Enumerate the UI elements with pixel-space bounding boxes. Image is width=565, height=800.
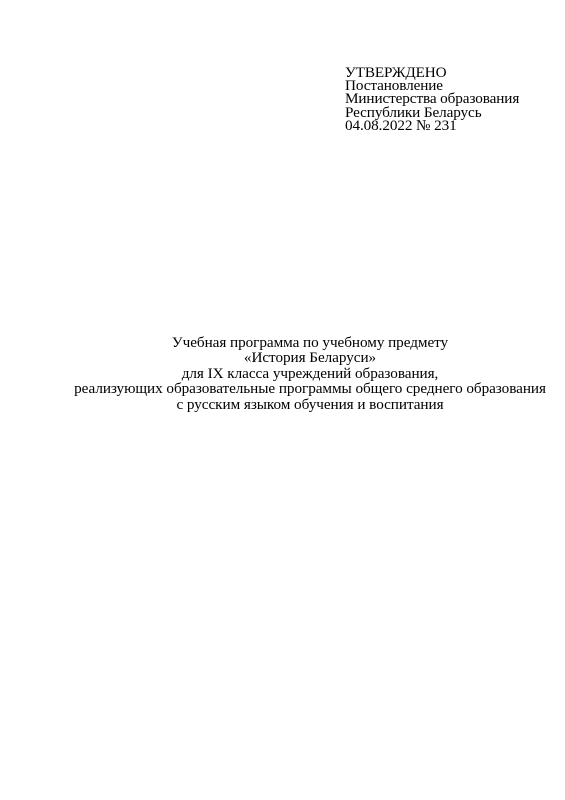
approval-stamp: УТВЕРЖДЕНО Постановление Министерства об… xyxy=(345,66,519,132)
title-line-program: Учебная программа по учебному предмету xyxy=(0,335,565,350)
title-line-institutions: реализующих образовательные программы об… xyxy=(0,381,565,396)
approval-date-number: 04.08.2022 № 231 xyxy=(345,119,519,132)
title-line-language: с русским языком обучения и воспитания xyxy=(0,397,565,412)
document-title: Учебная программа по учебному предмету «… xyxy=(0,335,565,412)
title-line-subject: «История Беларуси» xyxy=(0,350,565,365)
title-line-grade: для IX класса учреждений образования, xyxy=(0,366,565,381)
